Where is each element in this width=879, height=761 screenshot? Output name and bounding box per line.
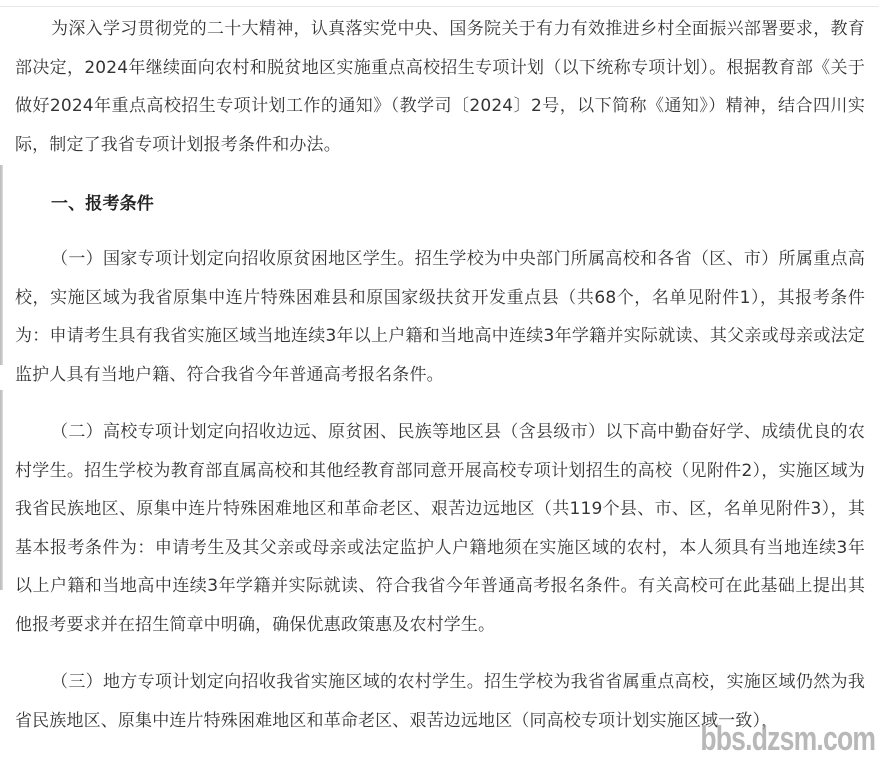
left-edge-shadow: [0, 165, 3, 365]
paragraph-university-plan: （二）高校专项计划定向招收边远、原贫困、民族等地区县（含县级市）以下高中勤奋好学…: [15, 413, 865, 644]
paragraph-national-plan: （一）国家专项计划定向招收原贫困地区学生。招生学校为中央部门所属高校和各省（区、…: [15, 240, 865, 394]
left-edge-shadow: [0, 390, 3, 590]
watermark: bbs.dzsm.com: [700, 720, 875, 759]
intro-paragraph: 为深入学习贯彻党的二十大精神，认真落实党中央、国务院关于有力有效推进乡村全面振兴…: [15, 10, 865, 164]
top-divider: [0, 6, 879, 7]
section-heading: 一、报考条件: [15, 183, 865, 225]
article-body: 为深入学习贯彻党的二十大精神，认真落实党中央、国务院关于有力有效推进乡村全面振兴…: [15, 10, 865, 759]
